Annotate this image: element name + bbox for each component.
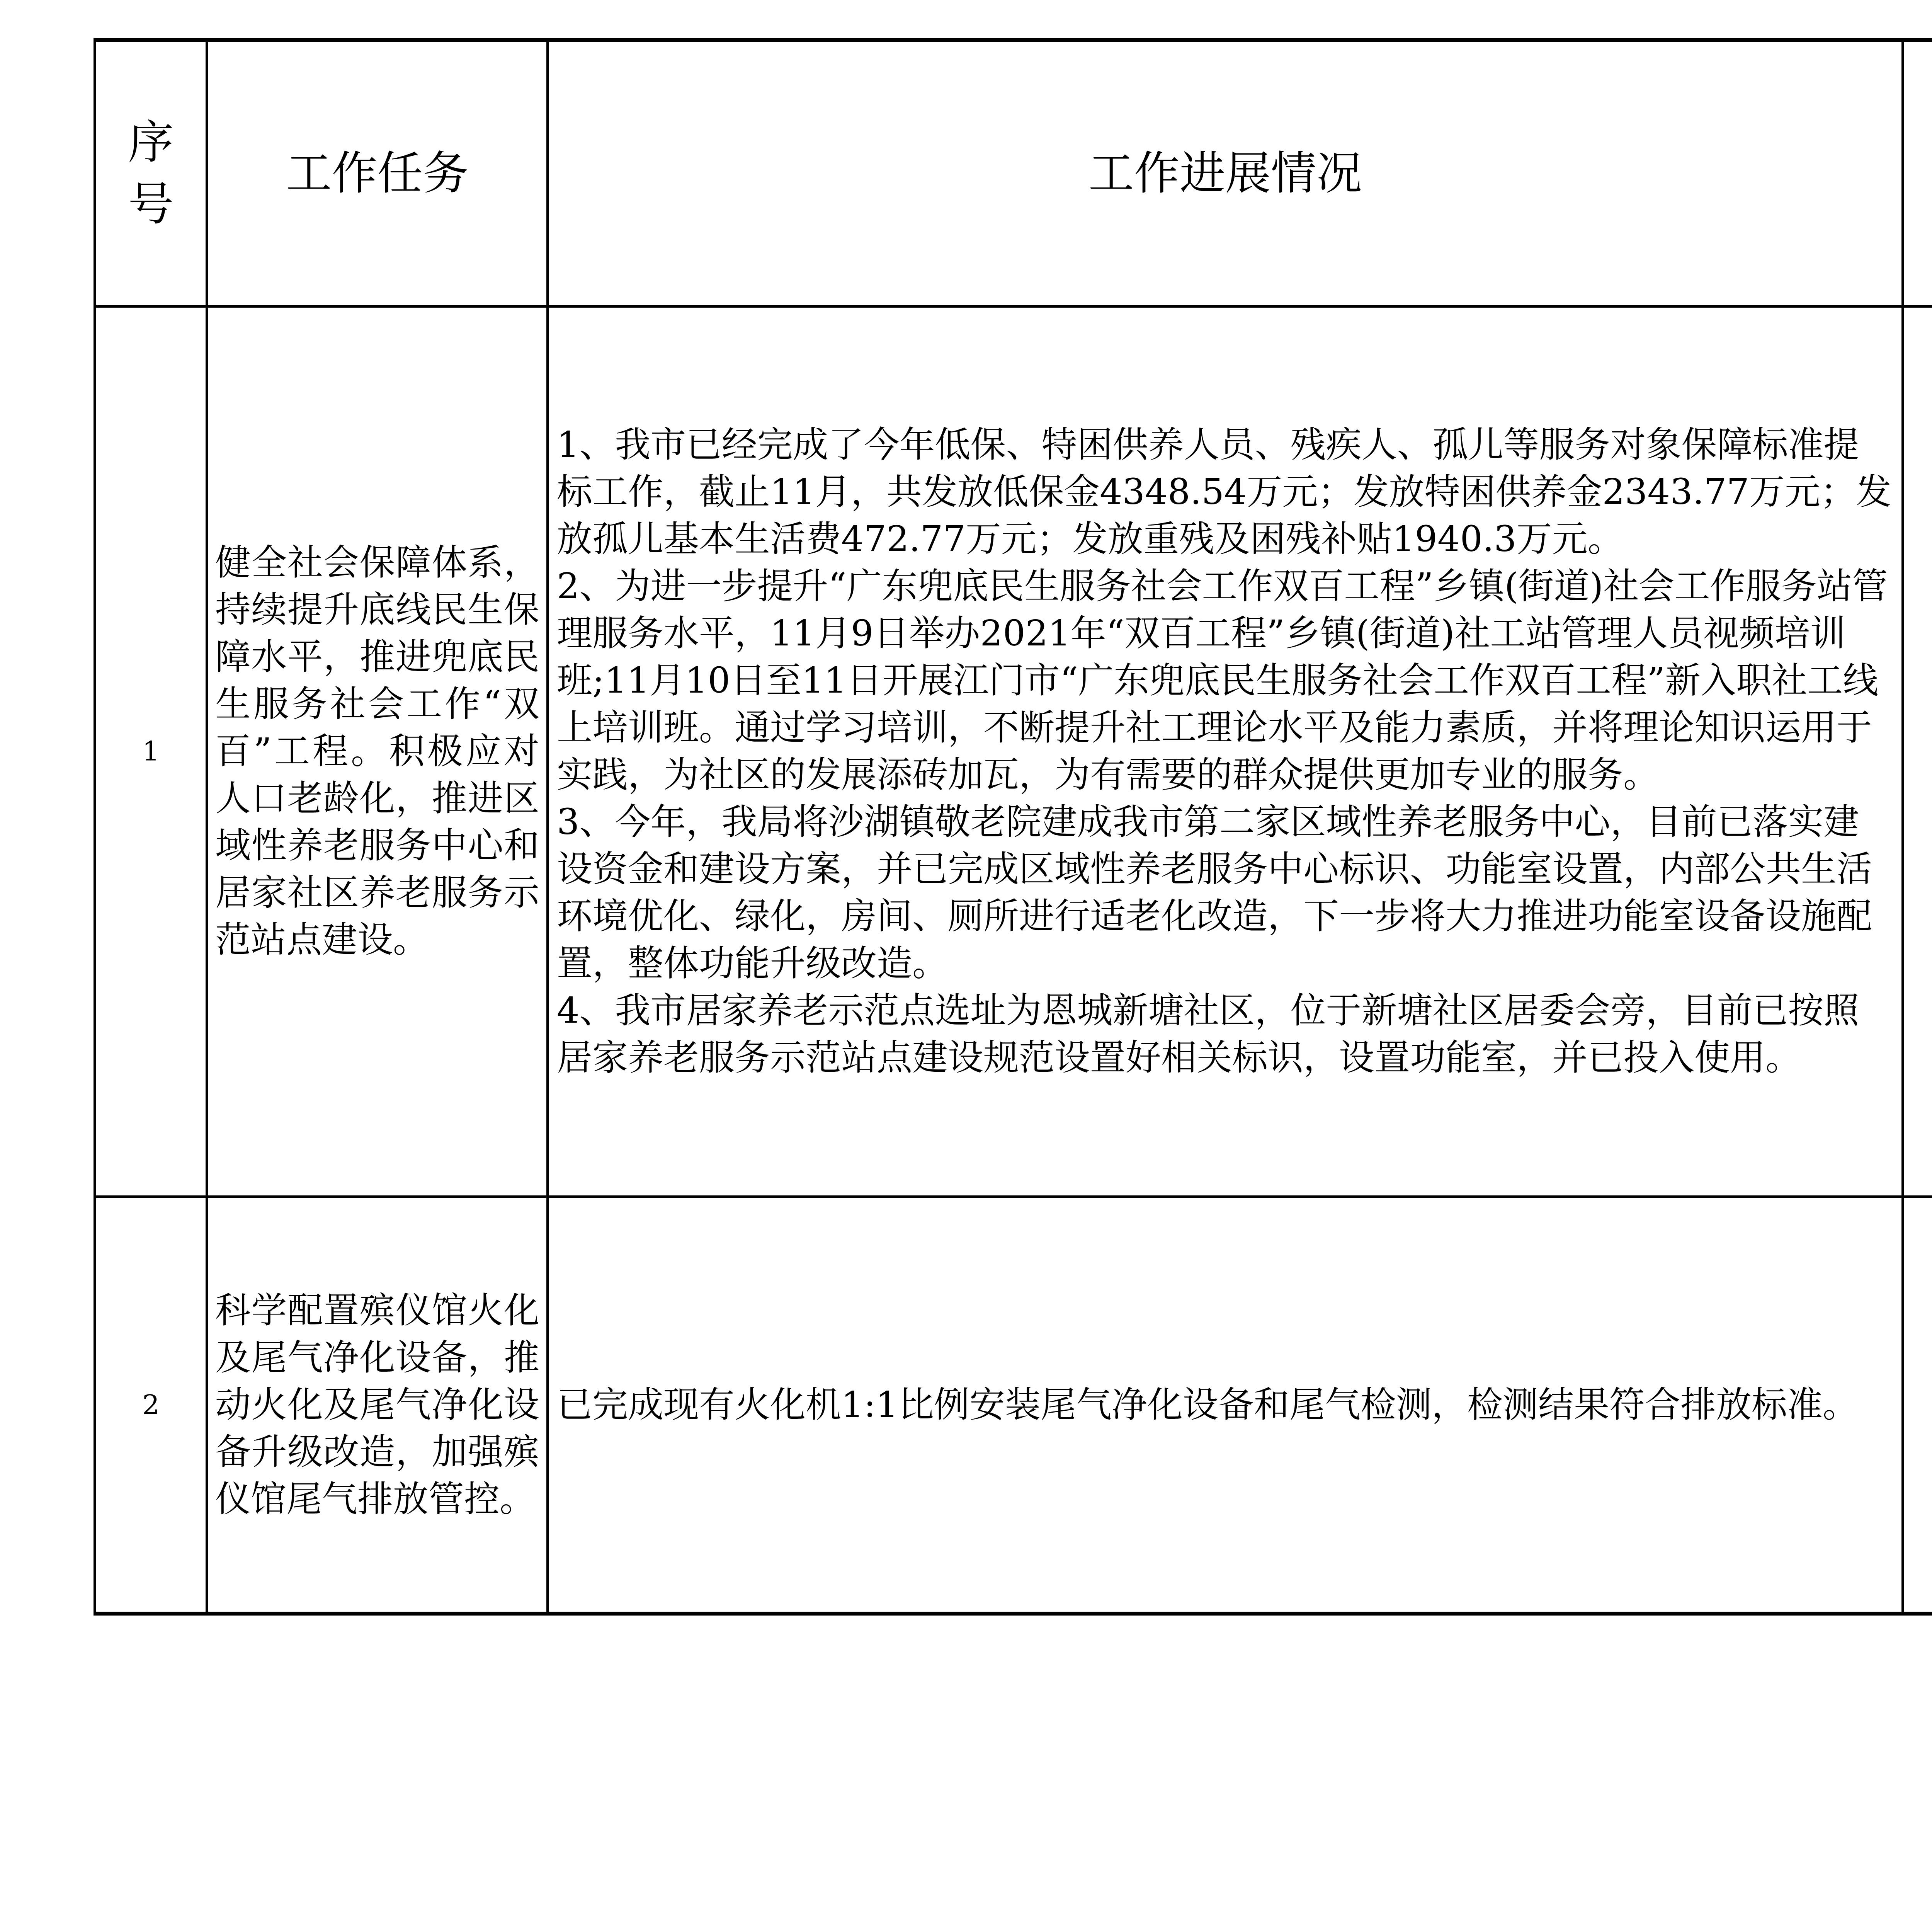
row-task: 科学配置殡仪馆火化及尾气净化设备，推动火化及尾气净化设备升级改造，加强殡仪馆尾气…	[207, 1197, 548, 1614]
row-progress: 1、我市已经完成了今年低保、特困供养人员、残疾人、孤儿等服务对象保障标准提标工作…	[548, 306, 1903, 1197]
table-row: 1 健全社会保障体系，持续提升底线民生保障水平，推进兜底民生服务社会工作“双百”…	[95, 306, 1932, 1197]
table-row: 2 科学配置殡仪馆火化及尾气净化设备，推动火化及尾气净化设备升级改造，加强殡仪馆…	[95, 1197, 1932, 1614]
row-seq: 1	[95, 306, 207, 1197]
row-seq: 2	[95, 1197, 207, 1614]
progress-item: 2、为进一步提升“广东兜底民生服务社会工作双百工程”乡镇(街道)社会工作服务站管…	[557, 563, 1894, 798]
progress-item: 1、我市已经完成了今年低保、特困供养人员、残疾人、孤儿等服务对象保障标准提标工作…	[557, 421, 1894, 563]
progress-item: 4、我市居家养老示范点选址为恩城新塘社区，位于新塘社区居委会旁，目前已按照居家养…	[557, 987, 1894, 1081]
header-task: 工作任务	[207, 40, 548, 306]
row-task: 健全社会保障体系，持续提升底线民生保障水平，推进兜底民生服务社会工作“双百”工程…	[207, 306, 548, 1197]
header-seq: 序号	[95, 40, 207, 306]
row-status: 已完成	[1903, 306, 1932, 1197]
header-status: 完成情况	[1903, 40, 1932, 306]
progress-item: 已完成现有火化机1:1比例安装尾气净化设备和尾气检测，检测结果符合排放标准。	[557, 1381, 1894, 1428]
progress-item: 3、今年，我局将沙湖镇敬老院建成我市第二家区域性养老服务中心，目前已落实建设资金…	[557, 798, 1894, 987]
work-progress-table: 序号 工作任务 工作进展情况 完成情况 完成 备注 时间 1 健全社会保障体系，…	[94, 38, 1932, 1616]
row-status: 已完成	[1903, 1197, 1932, 1614]
header-progress: 工作进展情况	[548, 40, 1903, 306]
row-progress: 已完成现有火化机1:1比例安装尾气净化设备和尾气检测，检测结果符合排放标准。	[548, 1197, 1903, 1614]
header-row: 序号 工作任务 工作进展情况 完成情况 完成 备注	[95, 40, 1932, 173]
